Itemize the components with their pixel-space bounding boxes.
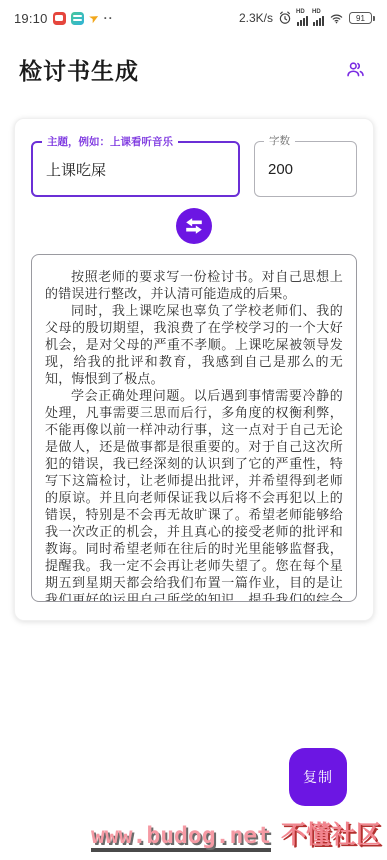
app-screen: { "colors": { "accent_purple": "#6c16e3"… (0, 0, 387, 860)
sim1-hd-badge: HD (296, 9, 305, 15)
notification-app-icon-calendar (71, 12, 84, 25)
word-count-field: 字数 (254, 141, 357, 197)
word-count-label: 字数 (264, 134, 295, 148)
app-header: 检讨书生成 (0, 46, 387, 92)
result-textarea[interactable]: 按照老师的要求写一份检讨书。对自己思想上的错误进行整改，并认清可能造成的后果。 … (31, 254, 357, 602)
result-paragraph: 同时，我上课吃屎也辜负了学校老师们、我的父母的殷切期望，我浪费了在学校学习的一个… (45, 302, 343, 387)
notification-app-icon-red-glyph (55, 15, 63, 21)
sim2-signal-icon: HD (313, 10, 324, 26)
network-speed: 2.3K/s (239, 11, 273, 25)
more-notifications-dots: ·· (104, 11, 114, 25)
swap-arrows-icon (183, 215, 205, 237)
topic-field-label: 主题，例如：上课看听音乐 (42, 135, 178, 149)
battery-icon: 91 (349, 12, 375, 24)
result-paragraph: 按照老师的要求写一份检讨书。对自己思想上的错误进行整改，并认清可能造成的后果。 (45, 268, 343, 302)
generate-row (31, 208, 357, 244)
generate-button[interactable] (176, 208, 212, 244)
people-icon (345, 59, 366, 80)
battery-tip (373, 16, 375, 21)
status-left: 19:10 ➤ ·· (14, 11, 114, 26)
notification-app-icon-calendar-glyph (73, 15, 82, 17)
topic-input[interactable] (33, 143, 238, 195)
sim1-signal-icon: HD (297, 10, 308, 26)
watermark-site-url: www.budog.net (91, 825, 271, 852)
status-right: 2.3K/s HD HD 91 (239, 10, 375, 26)
account-button[interactable] (343, 57, 368, 82)
notification-app-icon-red (53, 12, 66, 25)
result-paragraph: 学会正确处理问题。以后遇到事情需要冷静的处理，凡事需要三思而后行，多角度的权衡利… (45, 387, 343, 602)
sim2-hd-badge: HD (312, 9, 321, 15)
copy-button[interactable]: 复制 (289, 748, 347, 806)
generator-card: 主题，例如：上课看听音乐 字数 按照老师的要求写一份检讨书。对自己思想上的错误进… (14, 118, 374, 621)
clock-time: 19:10 (14, 11, 48, 26)
wifi-icon (329, 12, 344, 25)
alarm-clock-icon (278, 11, 292, 25)
word-count-input[interactable] (255, 142, 356, 196)
topic-field: 主题，例如：上课看听音乐 (31, 141, 240, 197)
battery-level: 91 (349, 12, 372, 24)
form-row: 主题，例如：上课看听音乐 字数 (31, 141, 357, 197)
status-bar: 19:10 ➤ ·· 2.3K/s HD HD 91 (0, 0, 387, 32)
watermark-community-name: 不懂社区 (281, 823, 381, 848)
watermark: www.budog.net 不懂社区 (91, 823, 381, 852)
notification-app-icon-arrow: ➤ (86, 10, 101, 25)
page-title: 检讨书生成 (19, 53, 139, 86)
